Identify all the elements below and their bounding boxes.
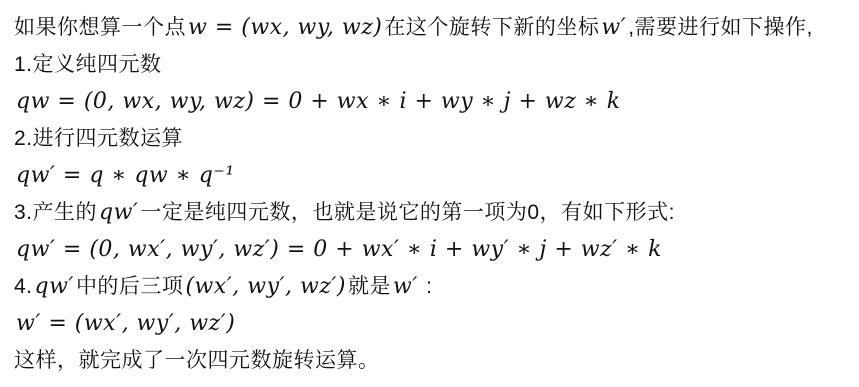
text-run: 3.产生的 bbox=[14, 201, 97, 224]
text-run: ,需要进行如下操作, bbox=[628, 16, 813, 39]
math-formula: qw′ = (0, wx′, wy′, wz′) = 0 + wx′ ∗ i +… bbox=[14, 237, 664, 262]
paragraph-line: w′ = (wx′, wy′, wz′) bbox=[14, 305, 851, 342]
text-run: 一定是纯四元数，也就是说它的第一项为0，有如下形式: bbox=[140, 201, 675, 224]
math-formula: qw = (0, wx, wy, wz) = 0 + wx ∗ i + wy ∗… bbox=[14, 89, 623, 114]
text-run: 2.进行四元数运算 bbox=[14, 127, 183, 150]
text-run: 就是 bbox=[348, 275, 391, 298]
math-formula: (wx′, wy′, wz′) bbox=[183, 274, 348, 299]
text-run: 4. bbox=[14, 275, 33, 298]
paragraph-line: 2.进行四元数运算 bbox=[14, 120, 851, 157]
text-run: 如果你想算一个点 bbox=[14, 16, 186, 39]
paragraph-line: 这样，就完成了一次四元数旋转运算。 bbox=[14, 342, 851, 379]
paragraph-line: 3.产生的qw′一定是纯四元数，也就是说它的第一项为0，有如下形式: bbox=[14, 194, 851, 231]
document-body: 如果你想算一个点w = (wx, wy, wz)在这个旋转下新的坐标w′,需要进… bbox=[0, 0, 859, 387]
paragraph-line: qw′ = (0, wx′, wy′, wz′) = 0 + wx′ ∗ i +… bbox=[14, 231, 851, 268]
paragraph-line: 如果你想算一个点w = (wx, wy, wz)在这个旋转下新的坐标w′,需要进… bbox=[14, 9, 851, 46]
text-content: 如果你想算一个点w = (wx, wy, wz)在这个旋转下新的坐标w′,需要进… bbox=[14, 9, 851, 379]
math-formula: qw′ bbox=[97, 200, 140, 225]
text-run: : bbox=[420, 275, 433, 298]
math-formula: qw′ = q ∗ qw ∗ q⁻¹ bbox=[14, 163, 237, 188]
paragraph-line: qw = (0, wx, wy, wz) = 0 + wx ∗ i + wy ∗… bbox=[14, 83, 851, 120]
paragraph-line: 4.qw′中的后三项(wx′, wy′, wz′)就是w′ : bbox=[14, 268, 851, 305]
text-run: 1.定义纯四元数 bbox=[14, 53, 162, 76]
math-formula: w′ = (wx′, wy′, wz′) bbox=[14, 311, 237, 336]
math-formula: w′ bbox=[391, 274, 420, 299]
text-run: 这样，就完成了一次四元数旋转运算。 bbox=[14, 349, 380, 372]
paragraph-line: 1.定义纯四元数 bbox=[14, 46, 851, 83]
math-formula: w = (wx, wy, wz) bbox=[186, 15, 384, 40]
paragraph-line: qw′ = q ∗ qw ∗ q⁻¹ bbox=[14, 157, 851, 194]
math-formula: qw′ bbox=[33, 274, 76, 299]
text-run: 在这个旋转下新的坐标 bbox=[384, 16, 599, 39]
text-run: 中的后三项 bbox=[76, 275, 184, 298]
math-formula: w′ bbox=[599, 15, 628, 40]
